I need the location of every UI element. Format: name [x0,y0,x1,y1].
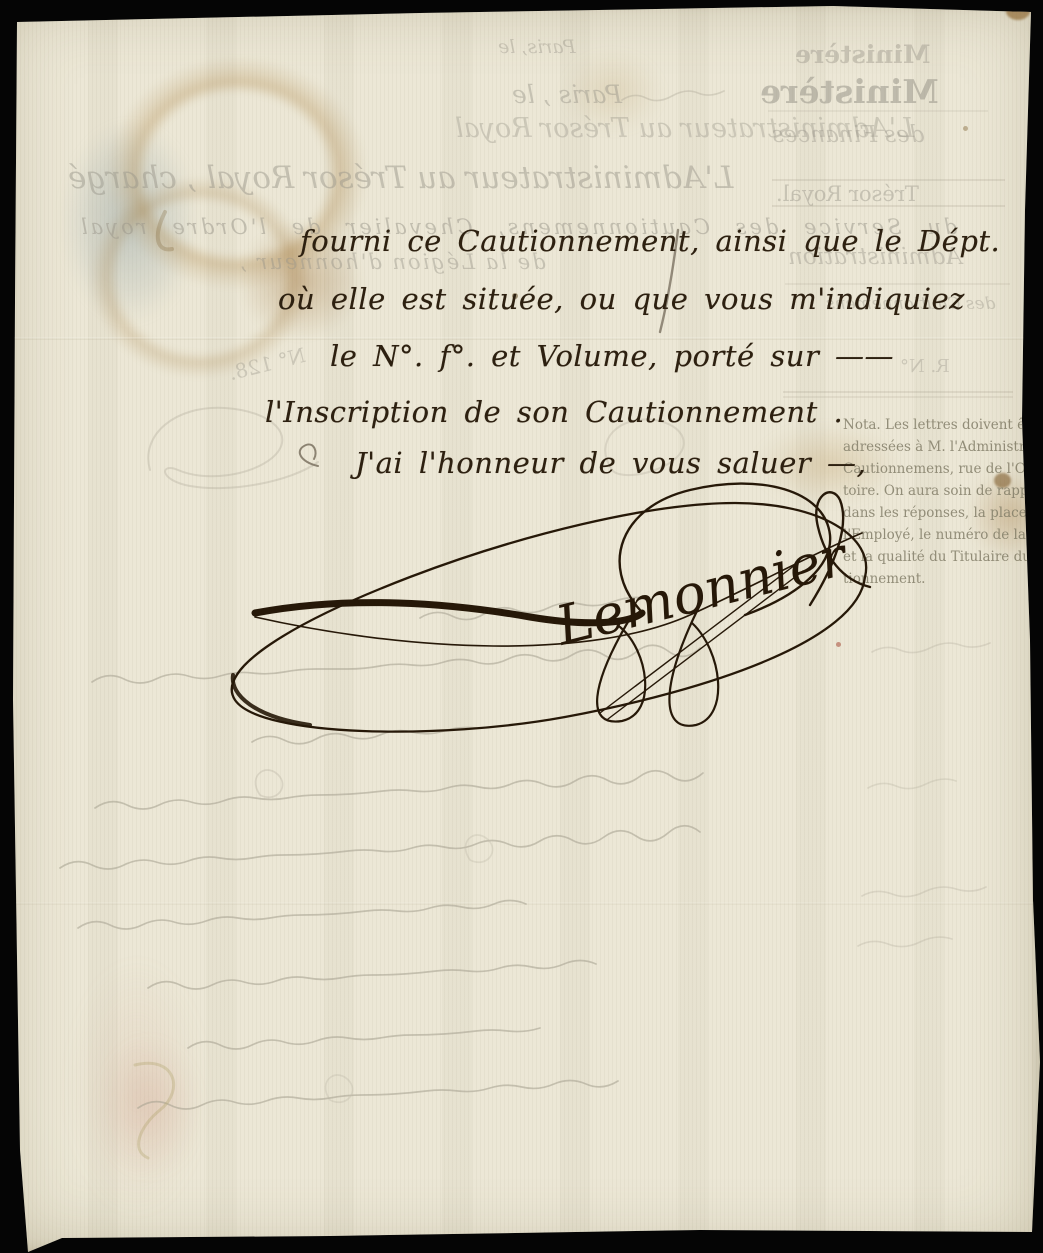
handwritten-line-5: J'ai l'honneur de vous saluer —, [355,446,866,480]
nota-line: adressées à M. l'Administrateur des [843,436,1043,458]
stain-smudge-topcenter [545,38,680,146]
nota-line: Cautionnemens, rue de l'Ora- [843,458,1043,480]
bleed-des-cautionnemens: des Cautionnemens [826,294,995,314]
bleed-r-no: R. N° [900,356,950,377]
bleed-titles-line: du Service des Cautionnemens, Chevalier … [78,215,957,239]
fold-crease-lower [0,902,1043,905]
nota-line: l'Employé, le numéro de la lettre, [843,524,1043,546]
stain-blotch-topleft [238,222,363,340]
handwritten-line-4: l'Inscription de son Cautionnement . [265,395,843,429]
handwritten-line-1: fourni ce Cautionnement, ainsi que le Dé… [300,224,1000,258]
stain-dark-spot [994,473,1011,488]
bleed-legion-line: de la Légion d'honneur , [238,250,546,274]
bleed-rule-4b [783,396,1013,398]
letter-paper: Ministère Ministère des Finances Trésor … [0,0,1043,1253]
bleed-rule-ministere [768,110,988,112]
stain-smudge-midright [730,412,925,517]
handwritten-line-2: où elle est située, ou que vous m'indiqu… [278,282,965,316]
bleed-rule-4a [783,391,1013,393]
foxing-dot-2 [836,642,841,647]
bleed-paris-le-large: Paris , le [512,80,622,109]
foxing-dot-3 [963,126,968,131]
bleed-admin-line-2: L'Administrateur au Trésor Royal , charg… [68,160,733,196]
stain-spot-midright [952,452,1043,577]
bleed-des-finances: des Finances [772,122,924,148]
nota-line: et la qualité du Titulaire du cau- [843,546,1043,568]
signature-name: Lemonnier [549,524,856,658]
bleed-rule-2 [772,205,1005,207]
fold-crease-upper [0,337,1043,340]
bleedthrough-scribbles [0,0,1043,1253]
stain-corner-dot [1006,2,1030,20]
bleed-rule-3 [785,283,1010,285]
bleed-tresor-royal: Trésor Royal. [776,182,919,206]
stain-pink-bottomleft-1 [52,925,222,1250]
bleed-no-128: N° 128. [226,343,308,385]
stain-pink-bottomleft-2 [82,1015,217,1200]
nota-line: Nota. Les lettres doivent être [843,414,1043,436]
signature: Lemonnier [170,445,910,745]
bleed-ministere-small: Ministère [795,40,930,69]
photograph-of-letter: Ministère Ministère des Finances Trésor … [0,0,1043,1253]
stain-ring-1 [72,26,402,321]
nota-line: tionnement. [843,568,1043,590]
stain-ring-2 [55,145,345,410]
bleed-admin-line-1: L'Administrateur au Trésor Royal [455,113,914,144]
bleed-ministere-large: Ministère [760,72,939,111]
bleed-rule-1 [772,179,1005,181]
bleed-administration: Administration [788,244,962,270]
nota-line: dans les réponses, la place de [843,502,1043,524]
handwritten-line-3: le N°. f°. et Volume, porté sur —— [330,339,894,373]
stain-stamp-showthrough [62,122,197,322]
bleed-nota-block: Nota. Les lettres doivent être adressées… [843,414,1043,590]
nota-line: toire. On aura soin de rappeler, [843,480,1043,502]
foxing-dot-1 [512,293,518,299]
bleed-paris-le-small: Paris, le [498,36,576,58]
